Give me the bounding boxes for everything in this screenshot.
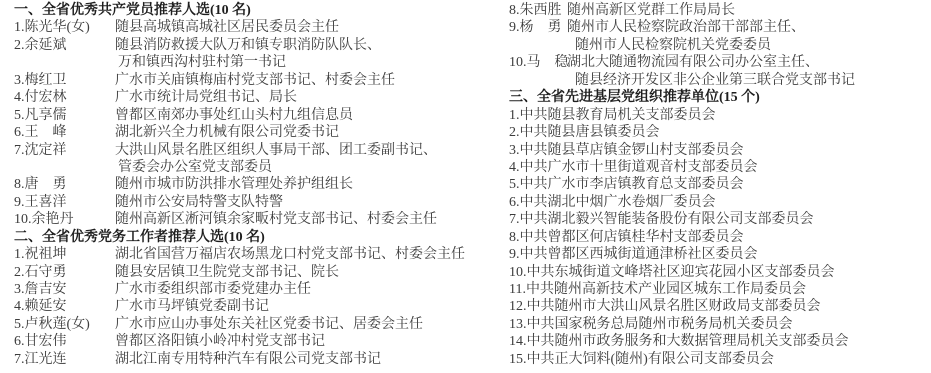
person-title-continuation: 万和镇西沟村驻村第一书记 <box>14 54 466 71</box>
person-number-name: 3.詹吉安 <box>14 281 115 298</box>
person-number: 2. <box>14 38 25 53</box>
person-name: 卢秋莲(女) <box>25 317 90 332</box>
person-name: 付宏林 <box>25 90 67 105</box>
person-number: 10. <box>509 55 527 70</box>
person-name: 石守勇 <box>25 265 67 280</box>
unit-row: 11.中共随州高新技术产业园区城东工作局委员会 <box>509 281 931 298</box>
person-row: 8.朱西胜随州高新区党群工作局局长 <box>509 2 931 19</box>
person-row: 5.卢秋莲(女)广水市应山办事处东关社区党委书记、居委会主任 <box>14 316 466 333</box>
unit-number: 13. <box>509 317 527 332</box>
person-number: 5. <box>14 317 25 332</box>
document-page: 一、全省优秀共产党员推荐人选(10 名)1.陈光华(女)随县高城镇高城社区居民委… <box>0 0 931 373</box>
person-name: 陈光华(女) <box>25 20 90 35</box>
person-number: 2. <box>14 265 25 280</box>
person-number: 8. <box>14 177 25 192</box>
person-number-name: 3.梅红卫 <box>14 72 115 89</box>
unit-number: 15. <box>509 352 527 367</box>
unit-name: 中共湖北毅兴智能装备股份有限公司支部委员会 <box>520 212 814 227</box>
unit-name: 中共随县唐县镇委员会 <box>520 125 660 140</box>
person-number-name: 8.朱西胜 <box>509 2 567 19</box>
person-number-name: 1.陈光华(女) <box>14 19 115 36</box>
unit-row: 13.中共国家税务总局随州市税务局机关委员会 <box>509 316 931 333</box>
person-number-name: 9.杨 勇 <box>509 19 567 36</box>
person-title: 湖北省国营万福店农场黑龙口村党支部书记、村委会主任 <box>115 246 466 263</box>
person-title-continuation: 管委会办公室党支部委员 <box>14 159 466 176</box>
person-name: 王 峰 <box>25 125 67 140</box>
person-title: 湖北江南专用特种汽车有限公司党支部书记 <box>115 351 466 368</box>
unit-row: 15.中共正大饲料(随州)有限公司支部委员会 <box>509 351 931 368</box>
person-number-name: 5.卢秋莲(女) <box>14 316 115 333</box>
person-row: 2.余延斌随县消防救援大队万和镇专职消防队队长、 <box>14 37 466 54</box>
unit-name: 中共曾都区何店镇桂华村支部委员会 <box>520 230 744 245</box>
person-row: 9.王喜洋随州市公安局特警支队特警 <box>14 194 466 211</box>
person-name: 王喜洋 <box>25 195 67 210</box>
person-number: 3. <box>14 73 25 88</box>
person-name: 梅红卫 <box>25 73 67 88</box>
person-row: 1.陈光华(女)随县高城镇高城社区居民委员会主任 <box>14 19 466 36</box>
person-number-name: 5.凡享儒 <box>14 107 115 124</box>
section-heading: 一、全省优秀共产党员推荐人选(10 名) <box>14 2 466 19</box>
unit-name: 中共曾都区西城街道通津桥社区委员会 <box>520 247 758 262</box>
person-number-name: 10.马 稳 <box>509 54 567 71</box>
person-title: 广水市关庙镇梅庙村党支部书记、村委会主任 <box>115 72 466 89</box>
person-row: 6.王 峰湖北新兴全力机械有限公司党委书记 <box>14 124 466 141</box>
section-heading: 三、全省先进基层党组织推荐单位(15 个) <box>509 89 931 106</box>
person-row: 5.凡享儒曾都区南郊办事处红山头村九组信息员 <box>14 107 466 124</box>
right-column: 8.朱西胜随州高新区党群工作局局长9.杨 勇随州市人民检察院政治部干部部主任、随… <box>509 2 931 368</box>
person-number: 5. <box>14 108 25 123</box>
person-title: 随县消防救援大队万和镇专职消防队队长、 <box>115 37 466 54</box>
unit-name: 中共广水市李店镇教育总支部委员会 <box>520 177 744 192</box>
unit-number: 12. <box>509 299 527 314</box>
person-row: 3.詹吉安广水市委组织部市委党建办主任 <box>14 281 466 298</box>
unit-number: 5. <box>509 177 520 192</box>
person-number-name: 1.祝祖坤 <box>14 246 115 263</box>
person-name: 江光连 <box>25 352 67 367</box>
person-title: 随州高新区党群工作局局长 <box>567 2 931 19</box>
unit-name: 中共东城街道文峰塔社区迎宾花园小区支部委员会 <box>527 265 835 280</box>
unit-number: 9. <box>509 247 520 262</box>
person-name: 唐 勇 <box>25 177 67 192</box>
person-number: 8. <box>509 3 520 18</box>
unit-row: 2.中共随县唐县镇委员会 <box>509 124 931 141</box>
person-row: 4.赖延安广水市马坪镇党委副书记 <box>14 298 466 315</box>
person-number-name: 7.沈定祥 <box>14 142 115 159</box>
person-number: 3. <box>14 282 25 297</box>
unit-row: 6.中共湖北中烟广水卷烟厂委员会 <box>509 194 931 211</box>
section-heading: 二、全省优秀党务工作者推荐人选(10 名) <box>14 229 466 246</box>
person-name: 甘宏伟 <box>25 334 67 349</box>
person-title: 广水市委组织部市委党建办主任 <box>115 281 466 298</box>
person-number-name: 10.余艳丹 <box>14 211 115 228</box>
unit-number: 11. <box>509 282 526 297</box>
person-number: 1. <box>14 247 25 262</box>
person-number-name: 6.甘宏伟 <box>14 333 115 350</box>
person-title: 随州市人民检察院政治部干部部主任、 <box>567 19 931 36</box>
person-number: 7. <box>14 143 25 158</box>
person-title: 大洪山风景名胜区组织人事局干部、团工委副书记、 <box>115 142 466 159</box>
person-number-name: 9.王喜洋 <box>14 194 115 211</box>
person-number: 1. <box>14 20 25 35</box>
person-number: 10. <box>14 212 32 227</box>
unit-name: 中共国家税务总局随州市税务局机关委员会 <box>527 317 793 332</box>
unit-row: 8.中共曾都区何店镇桂华村支部委员会 <box>509 229 931 246</box>
person-title: 曾都区南郊办事处红山头村九组信息员 <box>115 107 466 124</box>
person-name: 马 稳 <box>527 55 569 70</box>
person-number-name: 7.江光连 <box>14 351 115 368</box>
person-name: 赖延安 <box>25 299 67 314</box>
person-name: 余延斌 <box>25 38 67 53</box>
unit-number: 2. <box>509 125 520 140</box>
unit-row: 3.中共随县草店镇金锣山村支部委员会 <box>509 142 931 159</box>
unit-number: 10. <box>509 265 527 280</box>
person-number: 6. <box>14 125 25 140</box>
unit-name: 中共广水市十里街道观音村支部委员会 <box>520 160 758 175</box>
person-number: 9. <box>509 20 520 35</box>
unit-number: 1. <box>509 108 520 123</box>
person-row: 9.杨 勇随州市人民检察院政治部干部部主任、 <box>509 19 931 36</box>
person-row: 2.石守勇随县安居镇卫生院党支部书记、院长 <box>14 264 466 281</box>
person-row: 8.唐 勇随州市城市防洪排水管理处养护组组长 <box>14 176 466 193</box>
unit-row: 10.中共东城街道文峰塔社区迎宾花园小区支部委员会 <box>509 264 931 281</box>
person-title: 随州高新区淅河镇余家畈村党支部书记、村委会主任 <box>115 211 466 228</box>
unit-row: 14.中共随州市政务服务和大数据管理局机关支部委员会 <box>509 333 931 350</box>
unit-number: 6. <box>509 195 520 210</box>
person-title: 随州市城市防洪排水管理处养护组组长 <box>115 176 466 193</box>
unit-name: 中共随县草店镇金锣山村支部委员会 <box>520 143 744 158</box>
person-title: 湖北大随通物流园有限公司办公室主任、 <box>567 54 931 71</box>
person-row: 7.沈定祥大洪山风景名胜区组织人事局干部、团工委副书记、 <box>14 142 466 159</box>
person-number: 4. <box>14 90 25 105</box>
person-name: 祝祖坤 <box>25 247 67 262</box>
person-row: 10.马 稳湖北大随通物流园有限公司办公室主任、 <box>509 54 931 71</box>
person-row: 3.梅红卫广水市关庙镇梅庙村党支部书记、村委会主任 <box>14 72 466 89</box>
person-title: 广水市统计局党组书记、局长 <box>115 89 466 106</box>
person-row: 7.江光连湖北江南专用特种汽车有限公司党支部书记 <box>14 351 466 368</box>
unit-number: 7. <box>509 212 520 227</box>
unit-name: 中共随州市政务服务和大数据管理局机关支部委员会 <box>527 334 849 349</box>
unit-number: 14. <box>509 334 527 349</box>
unit-number: 8. <box>509 230 520 245</box>
person-number: 9. <box>14 195 25 210</box>
person-row: 1.祝祖坤湖北省国营万福店农场黑龙口村党支部书记、村委会主任 <box>14 246 466 263</box>
unit-row: 4.中共广水市十里街道观音村支部委员会 <box>509 159 931 176</box>
unit-row: 1.中共随县教育局机关支部委员会 <box>509 107 931 124</box>
person-title: 随州市公安局特警支队特警 <box>115 194 466 211</box>
person-number-name: 6.王 峰 <box>14 124 115 141</box>
unit-row: 7.中共湖北毅兴智能装备股份有限公司支部委员会 <box>509 211 931 228</box>
unit-name: 中共湖北中烟广水卷烟厂委员会 <box>520 195 716 210</box>
person-title: 随县高城镇高城社区居民委员会主任 <box>115 19 466 36</box>
unit-name: 中共正大饲料(随州)有限公司支部委员会 <box>527 352 774 367</box>
person-number: 4. <box>14 299 25 314</box>
person-name: 朱西胜 <box>520 3 562 18</box>
unit-number: 4. <box>509 160 520 175</box>
unit-name: 中共随州高新技术产业园区城东工作局委员会 <box>526 282 806 297</box>
person-name: 詹吉安 <box>25 282 67 297</box>
person-number-name: 8.唐 勇 <box>14 176 115 193</box>
unit-row: 12.中共随州市大洪山风景名胜区财政局支部委员会 <box>509 298 931 315</box>
left-column: 一、全省优秀共产党员推荐人选(10 名)1.陈光华(女)随县高城镇高城社区居民委… <box>14 2 466 368</box>
person-row: 10.余艳丹随州高新区淅河镇余家畈村党支部书记、村委会主任 <box>14 211 466 228</box>
person-title: 广水市马坪镇党委副书记 <box>115 298 466 315</box>
unit-row: 5.中共广水市李店镇教育总支部委员会 <box>509 176 931 193</box>
unit-number: 3. <box>509 143 520 158</box>
person-number: 6. <box>14 334 25 349</box>
unit-name: 中共随县教育局机关支部委员会 <box>520 108 716 123</box>
unit-name: 中共随州市大洪山风景名胜区财政局支部委员会 <box>527 299 821 314</box>
person-title-continuation: 随县经济开发区非公企业第三联合党支部书记 <box>509 72 931 89</box>
person-title: 广水市应山办事处东关社区党委书记、居委会主任 <box>115 316 466 333</box>
person-number-name: 2.石守勇 <box>14 264 115 281</box>
person-name: 沈定祥 <box>25 143 67 158</box>
person-name: 余艳丹 <box>32 212 74 227</box>
person-title: 随县安居镇卫生院党支部书记、院长 <box>115 264 466 281</box>
person-title: 曾都区洛阳镇小岭冲村党支部书记 <box>115 333 466 350</box>
person-title-continuation: 随州市人民检察院机关党委委员 <box>509 37 931 54</box>
person-row: 6.甘宏伟曾都区洛阳镇小岭冲村党支部书记 <box>14 333 466 350</box>
person-title: 湖北新兴全力机械有限公司党委书记 <box>115 124 466 141</box>
person-number-name: 4.付宏林 <box>14 89 115 106</box>
person-name: 凡享儒 <box>25 108 67 123</box>
person-number-name: 4.赖延安 <box>14 298 115 315</box>
person-number-name: 2.余延斌 <box>14 37 115 54</box>
person-name: 杨 勇 <box>520 20 562 35</box>
unit-row: 9.中共曾都区西城街道通津桥社区委员会 <box>509 246 931 263</box>
person-row: 4.付宏林广水市统计局党组书记、局长 <box>14 89 466 106</box>
person-number: 7. <box>14 352 25 367</box>
